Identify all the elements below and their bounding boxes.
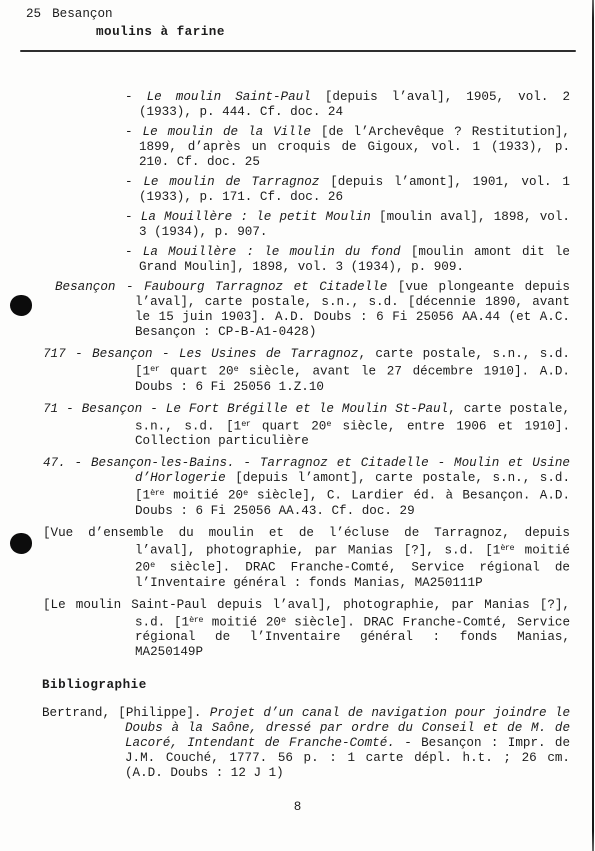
doc-list-item: - Le moulin de la Ville [de l’Archevêque… [0,125,570,170]
bibliography-heading: Bibliographie [42,678,570,693]
place-name: Besançon [52,7,112,21]
page-body: - Le moulin Saint-Paul [depuis l’aval], … [0,90,595,781]
header-line: 25Besançon [0,0,595,22]
catalog-entry: 47. - Besançon-les-Bains. - Tarragnoz et… [0,456,570,519]
page-number: 8 [0,800,595,815]
scan-edge-line [592,0,594,851]
catalog-entry: [Le moulin Saint-Paul depuis l’aval], ph… [0,598,570,661]
doc-list-item: - La Mouillère : le petit Moulin [moulin… [0,210,570,240]
catalog-entry: Besançon - Faubourg Tarragnoz et Citadel… [0,280,570,340]
subject-heading: moulins à farine [96,25,595,40]
catalog-entry: [Vue d’ensemble du moulin et de l’écluse… [0,526,570,591]
header-rule [20,50,576,52]
entry-number: 25 [26,7,41,22]
bibliography-entry: Bertrand, [Philippe]. Projet d’un canal … [0,706,570,781]
punch-hole-mark [10,295,32,316]
catalog-entry: 71 - Besançon - Le Fort Brégille et le M… [0,402,570,450]
catalog-entry: 717 - Besançon - Les Usines de Tarragnoz… [0,347,570,395]
doc-list-item: - La Mouillère : le moulin du fond [moul… [0,245,570,275]
document-list: - Le moulin Saint-Paul [depuis l’aval], … [0,90,570,275]
doc-list-item: - Le moulin de Tarragnoz [depuis l’amont… [0,175,570,205]
doc-list-item: - Le moulin Saint-Paul [depuis l’aval], … [0,90,570,120]
document-page: 25Besançon moulins à farine - Le moulin … [0,0,595,851]
page-header: 25Besançon moulins à farine [0,0,595,52]
punch-hole-mark [10,533,32,554]
catalog-entries: Besançon - Faubourg Tarragnoz et Citadel… [0,280,570,660]
